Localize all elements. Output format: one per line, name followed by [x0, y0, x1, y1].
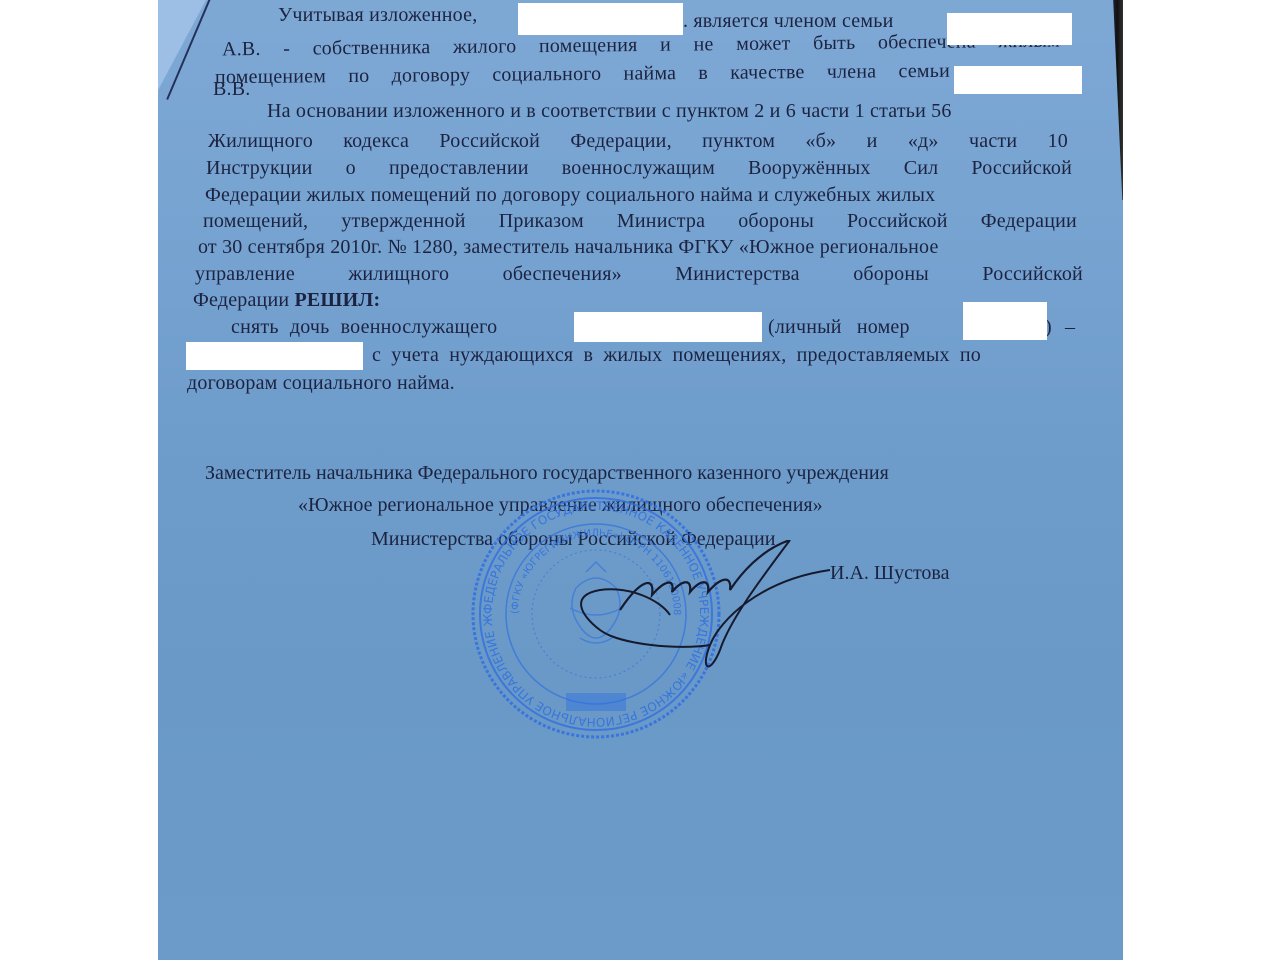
p2-line6: от 30 сентября 2010г. № 1280, заместител…	[198, 236, 939, 259]
word: пунктом	[702, 130, 775, 153]
signer-name: И.А. Шустова	[830, 562, 949, 585]
p2-line3: Инструкции о предоставлении военнослужащ…	[206, 157, 1072, 180]
word: предоставлении	[389, 157, 529, 180]
word: «б»	[805, 130, 836, 153]
word: кодекса	[343, 130, 409, 153]
word: социального	[492, 63, 601, 87]
p2-line5: помещений, утвержденной Приказом Министр…	[203, 210, 1077, 233]
decision-line1-middle: (личный номер	[768, 316, 910, 339]
word: жилого	[453, 35, 517, 59]
decision-line1-start: снять дочь военнослужащего	[231, 316, 497, 339]
word: и	[660, 34, 671, 57]
word: договору	[391, 64, 470, 88]
word: может	[736, 32, 791, 56]
word: члена	[827, 60, 877, 83]
text: Федерации	[193, 289, 289, 311]
word: военнослужащим	[562, 157, 715, 180]
word: обороны	[853, 263, 929, 286]
word: качестве	[730, 61, 805, 85]
decision-heading: РЕШИЛ:	[294, 289, 380, 311]
p2-line8: Федерации РЕШИЛ:	[193, 289, 380, 312]
p1-line1-start: Учитывая изложенное,	[278, 4, 477, 27]
decision-line2: с учета нуждающихся в жилых помещениях, …	[372, 344, 981, 367]
redaction-box	[186, 342, 363, 370]
word: Федерации,	[570, 130, 671, 153]
p1-line4: В.В.	[213, 78, 250, 101]
redaction-box	[574, 312, 762, 342]
word: Российской	[971, 157, 1072, 180]
word: А.В.	[222, 38, 261, 61]
word: помещения	[539, 34, 638, 58]
word: жилищного	[348, 263, 449, 286]
word: Сил	[904, 157, 939, 180]
word: Российской	[982, 263, 1083, 286]
word: семьи	[898, 60, 950, 83]
word: «д»	[908, 130, 939, 153]
p1-line1-end: . является членом семьи	[683, 10, 893, 33]
redaction-box	[518, 3, 683, 35]
word: Вооружённых	[748, 157, 871, 180]
word: части	[969, 130, 1017, 153]
word: Федерации	[981, 210, 1077, 233]
word: утвержденной	[341, 210, 465, 233]
signature-title-line1: Заместитель начальника Федерального госу…	[205, 462, 889, 485]
redaction-box	[954, 66, 1082, 94]
decision-line1-end: ) –	[1045, 316, 1075, 339]
word: и	[867, 130, 878, 153]
word: Инструкции	[206, 157, 313, 180]
word: в	[698, 62, 708, 85]
word: обороны	[738, 210, 814, 233]
word: быть	[813, 32, 856, 55]
word: обеспечения»	[503, 263, 622, 286]
redaction-box	[947, 13, 1072, 45]
word: Жилищного	[208, 130, 313, 153]
word: не	[693, 33, 713, 56]
redaction-box	[963, 302, 1047, 340]
word: по	[348, 65, 369, 88]
word: Министерства	[675, 263, 799, 286]
word: о	[346, 157, 356, 180]
word: Российской	[847, 210, 948, 233]
p2-line4: Федерации жилых помещений по договору со…	[205, 184, 935, 207]
word: -	[283, 38, 290, 61]
page-edge-left	[158, 0, 218, 110]
word: Министра	[617, 210, 705, 233]
word: 10	[1048, 130, 1068, 153]
word: Приказом	[499, 210, 584, 233]
word: найма	[623, 62, 676, 85]
word: собственника	[313, 36, 431, 60]
handwritten-signature-icon	[560, 540, 840, 680]
p2-line1: На основании изложенного и в соответстви…	[267, 100, 952, 123]
decision-line3: договорам социального найма.	[187, 372, 455, 395]
word: управление	[195, 263, 295, 286]
p2-line7: управление жилищного обеспечения» Минист…	[195, 263, 1083, 286]
word: помещений,	[203, 210, 308, 233]
page-edge-right	[1109, 0, 1123, 200]
p2-line2: Жилищного кодекса Российской Федерации, …	[208, 130, 1068, 153]
word: Российской	[439, 130, 540, 153]
